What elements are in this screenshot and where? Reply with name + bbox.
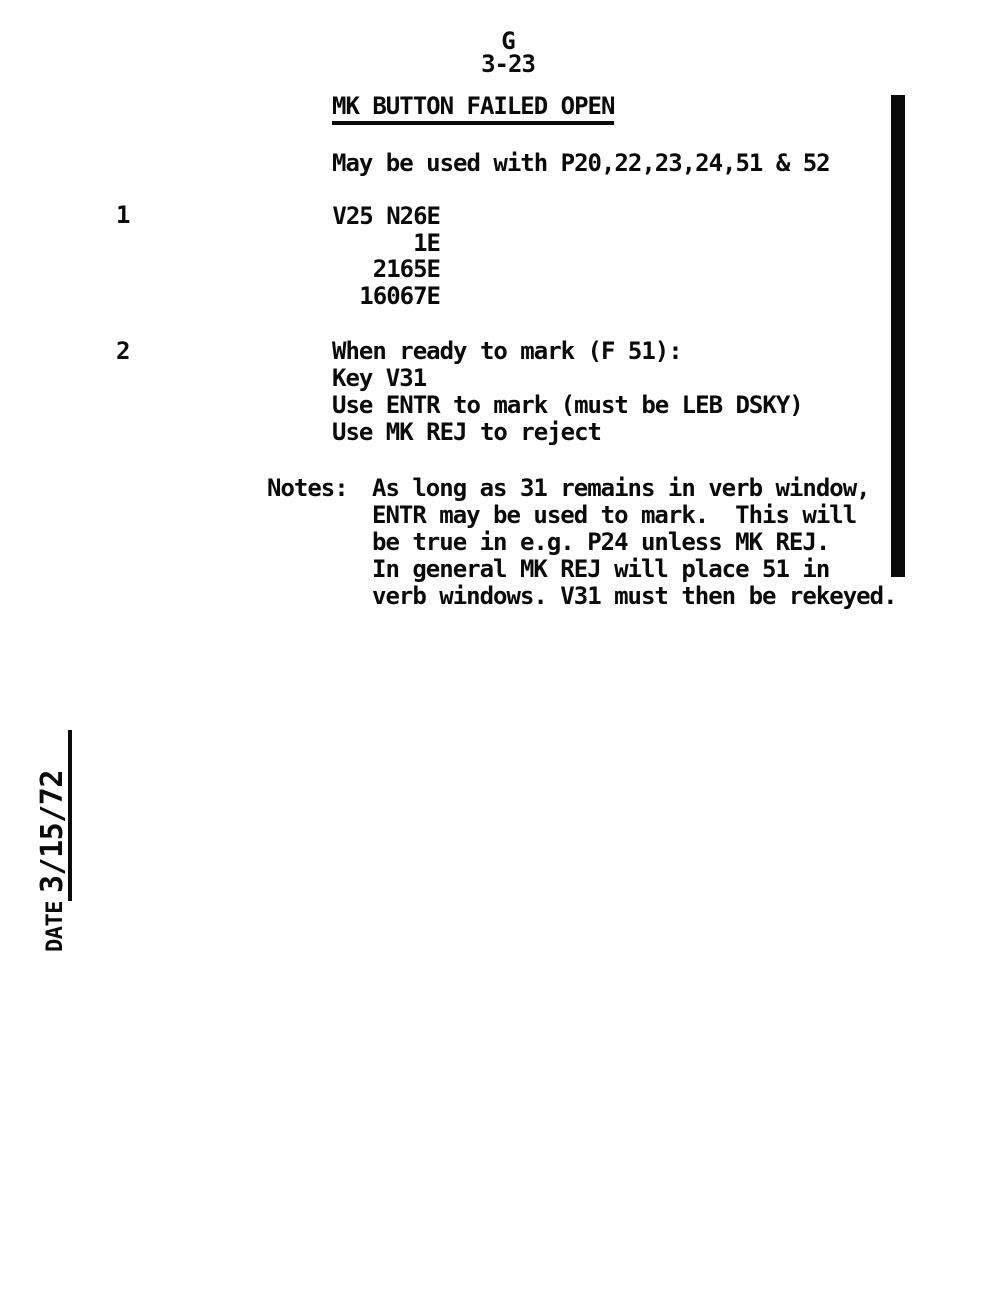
- note-line: ENTR may be used to mark. This will: [372, 502, 897, 529]
- instruction-line: Use ENTR to mark (must be LEB DSKY): [332, 392, 803, 419]
- step-1-number: 1: [116, 202, 129, 229]
- note-line: As long as 31 remains in verb window,: [372, 475, 897, 502]
- note-line: be true in e.g. P24 unless MK REJ.: [372, 529, 897, 556]
- notes-body: As long as 31 remains in verb window, EN…: [372, 475, 897, 610]
- usage-note: May be used with P20,22,23,24,51 & 52: [332, 150, 830, 177]
- step-1-entries: V25 N26E 1E 2165E 16067E: [140, 203, 440, 309]
- date-underline: 3/15/72: [40, 730, 72, 901]
- instruction-line: Use MK REJ to reject: [332, 419, 803, 446]
- page-title: MK BUTTON FAILED OPEN: [332, 93, 614, 125]
- notes-label: Notes:: [267, 475, 348, 502]
- dsky-entry: 1E: [140, 230, 440, 257]
- date-label: DATE: [43, 901, 68, 952]
- dsky-entry: V25 N26E: [140, 203, 440, 230]
- dsky-entry: 16067E: [140, 283, 440, 310]
- step-2-instructions: When ready to mark (F 51): Key V31 Use E…: [332, 338, 803, 446]
- page-number: 3-23: [408, 53, 608, 76]
- dsky-entry: 2165E: [140, 256, 440, 283]
- document-page: G 3-23 MK BUTTON FAILED OPEN May be used…: [0, 0, 1000, 1300]
- page-header: G 3-23: [408, 30, 608, 76]
- instruction-line: Key V31: [332, 365, 803, 392]
- note-line: verb windows. V31 must then be rekeyed.: [372, 583, 897, 610]
- note-line: In general MK REJ will place 51 in: [372, 556, 897, 583]
- step-2-number: 2: [116, 338, 129, 365]
- instruction-line: When ready to mark (F 51):: [332, 338, 803, 365]
- revision-change-bar: [891, 95, 905, 577]
- date-value: 3/15/72: [35, 770, 70, 893]
- date-stamp: DATE3/15/72: [40, 952, 280, 988]
- date-stamp-rotated-text: DATE3/15/72: [40, 712, 72, 952]
